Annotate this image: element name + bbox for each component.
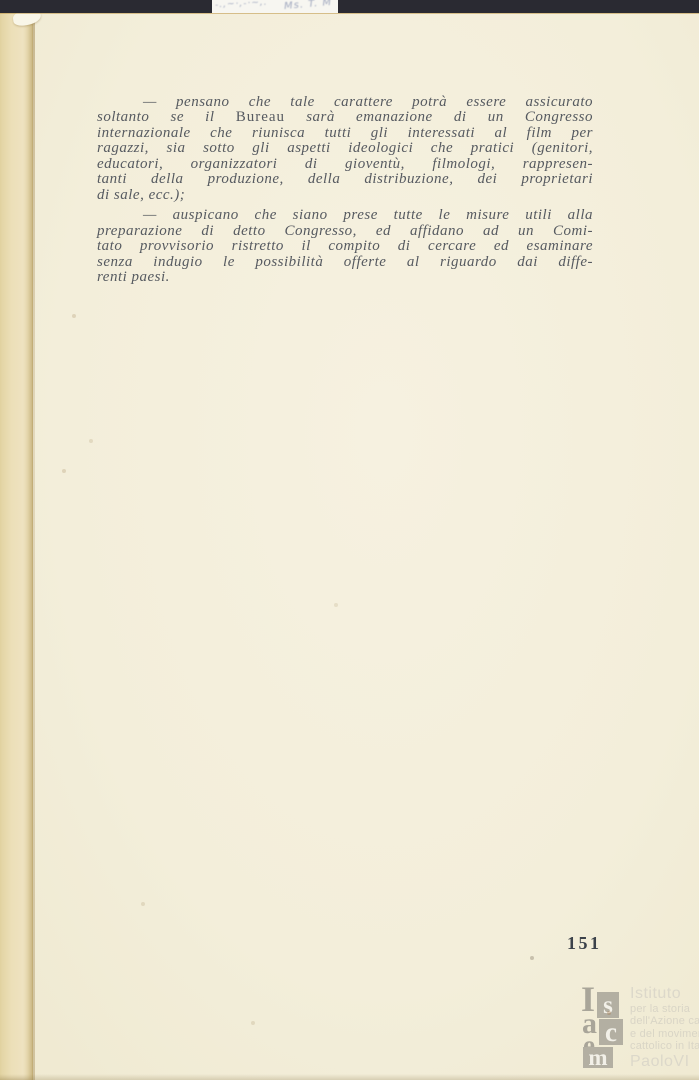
page-edge-line [33, 10, 35, 1080]
watermark-text-line: e del movimento [630, 1028, 699, 1040]
paper-specks [0, 0, 2, 2]
watermark-text-line: dell'Azione cattolica [630, 1015, 699, 1027]
watermark-text-line: PaoloVI [630, 1053, 699, 1071]
text-line: ragazzi, sia sotto gli aspetti ideologic… [97, 141, 593, 156]
stamp-notch: -.,~·,-·~,. Ms. T. M [212, 0, 338, 13]
text-line: renti paesi. [97, 270, 593, 285]
watermark-letter-s: s [597, 992, 619, 1018]
text-line: — pensano che tale carattere potrà esser… [97, 95, 593, 110]
text-line: — auspicano che siano prese tutte le mis… [97, 208, 593, 223]
text-line: tanti della produzione, della distribuzi… [97, 172, 593, 187]
text-line: senza indugio le possibilità offerte al … [97, 255, 593, 270]
text-segment: sarà emanazione di un Congresso [285, 109, 593, 125]
paragraph: — auspicano che siano prese tutte le mis… [97, 208, 593, 285]
text-line: preparazione di detto Congresso, ed affi… [97, 224, 593, 239]
text-segment-roman: Bureau [236, 109, 285, 125]
paragraph: — pensano che tale carattere potrà esser… [97, 95, 593, 203]
watermark-text: Istituto per la storia dell'Azione catto… [630, 985, 699, 1071]
page-number: 151 [567, 933, 602, 954]
text-line: educatori, organizzatori di gioventù, fi… [97, 157, 593, 172]
watermark-letter-c: c [599, 1019, 623, 1045]
watermark-text-line: cattolico in Italia [630, 1040, 699, 1052]
top-scan-band: -.,~·,-·~,. Ms. T. M [0, 0, 699, 13]
isacem-watermark: I s a c e m Istituto per la storia dell'… [581, 983, 699, 1071]
watermark-text-line: Istituto [630, 985, 699, 1003]
watermark-text-line: per la storia [630, 1003, 699, 1015]
handwritten-scribble: -.,~·,-·~,. [215, 0, 268, 10]
scanned-book-page: { "page": { "number": "151" }, "content"… [0, 0, 699, 1080]
previous-page-edge [0, 0, 33, 1080]
text-line: tato provvisorio ristretto il compito di… [97, 239, 593, 254]
text-segment: soltanto se il [97, 109, 236, 125]
body-text: — pensano che tale carattere potrà esser… [97, 95, 593, 285]
bottom-edge-shadow [0, 1074, 699, 1080]
watermark-letter-m: m [583, 1047, 613, 1068]
text-line: internazionale che riunisca tutti gli in… [97, 126, 593, 141]
handwritten-annotation: Ms. T. M [284, 0, 333, 12]
text-line: di sale, ecc.); [97, 188, 593, 203]
text-line: soltanto se il Bureau sarà emanazione di… [97, 110, 593, 125]
